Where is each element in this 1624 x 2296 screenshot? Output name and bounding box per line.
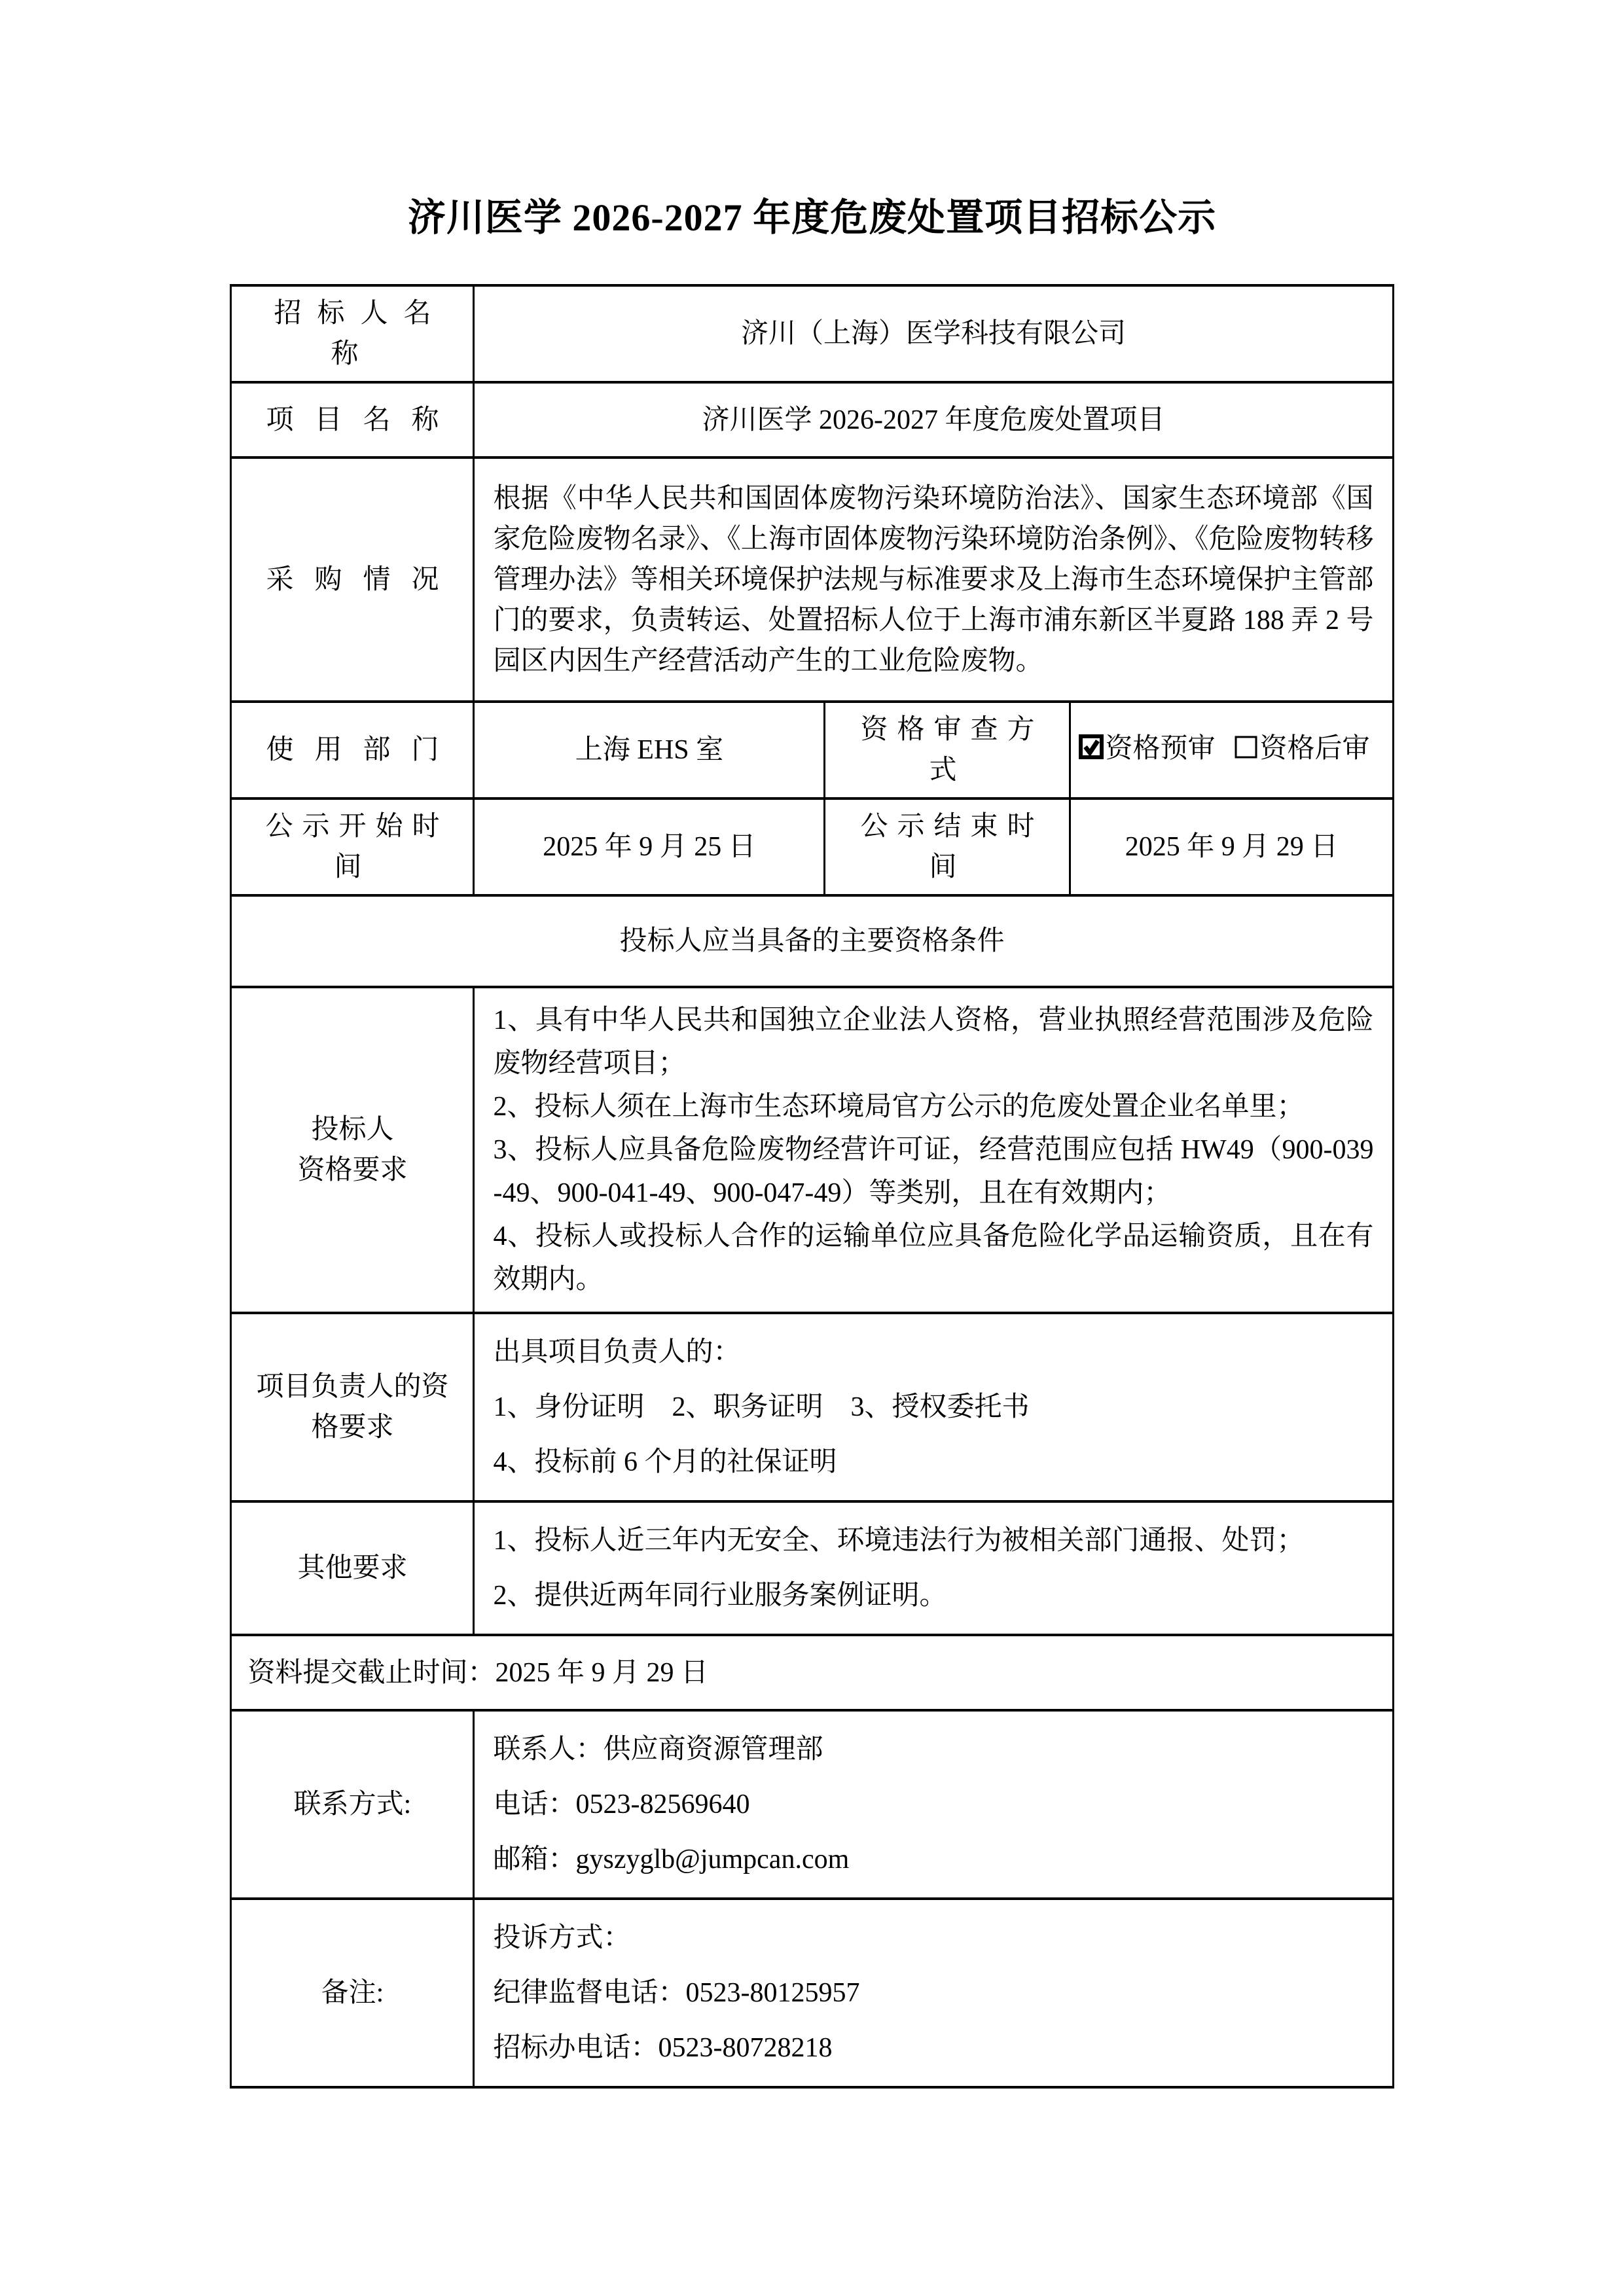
table-row-publicity-time: 公示开始时间 2025 年 9 月 25 日 公示结束时间 2025 年 9 月… [231,798,1393,895]
contact-email-line: 邮箱：gyszyglb@jumpcan.com [493,1832,1373,1887]
publicity-start-value: 2025 年 9 月 25 日 [474,798,825,895]
publicity-start-label: 公示开始时间 [231,798,474,895]
table-row-qualification-header: 投标人应当具备的主要资格条件 [231,895,1393,987]
using-department-value: 上海 EHS 室 [474,702,825,798]
contact-person-line: 联系人：供应商资源管理部 [493,1722,1373,1777]
table-row-project-name: 项目名称 济川医学 2026-2027 年度危废处置项目 [231,382,1393,457]
pm-qualification-item: 1、身份证明 2、职务证明 3、授权委托书 [493,1380,1373,1435]
using-department-label: 使用部门 [231,702,474,798]
remarks-label: 备注: [231,1899,474,2087]
bidder-qualification-item: 4、投标人或投标人合作的运输单位应具备危险化学品运输资质，且在有效期内。 [493,1215,1373,1301]
remarks-items: 投诉方式： 纪律监督电话：0523-80125957 招标办电话：0523-80… [474,1899,1393,2087]
table-row-remarks: 备注: 投诉方式： 纪律监督电话：0523-80125957 招标办电话：052… [231,1899,1393,2087]
publicity-end-value: 2025 年 9 月 29 日 [1070,798,1393,895]
bidding-office-phone-line: 招标办电话：0523-80728218 [493,2020,1373,2075]
contact-items: 联系人：供应商资源管理部 电话：0523-82569640 邮箱：gyszygl… [474,1710,1393,1899]
pm-qualification-label: 项目负责人的资格要求 [231,1313,474,1501]
checked-checkbox-icon [1077,732,1105,772]
procurement-value: 根据《中华人民共和国固体废物污染环境防治法》、国家生态环境部《国家危险废物名录》… [474,457,1393,702]
bidder-qualification-item: 3、投标人应具备危险废物经营许可证，经营范围应包括 HW49（900-039-4… [493,1128,1373,1215]
project-name-label: 项目名称 [231,382,474,457]
unchecked-checkbox-icon [1233,732,1260,772]
bidder-qualification-item: 2、投标人须在上海市生态环境局官方公示的危废处置企业名单里； [493,1085,1373,1128]
other-requirements-item: 1、投标人近三年内无安全、环境违法行为被相关部门通报、处罚； [493,1513,1373,1568]
qualification-review-label: 资格审查方式 [825,702,1070,798]
other-requirements-label: 其他要求 [231,1501,474,1635]
other-requirements-item: 2、提供近两年同行业服务案例证明。 [493,1568,1373,1623]
bidder-name-label: 招标人名称 [231,285,474,382]
bidder-qualification-items: 1、具有中华人民共和国独立企业法人资格，营业执照经营范围涉及危险废物经营项目； … [474,987,1393,1313]
table-row-pm-qualification: 项目负责人的资格要求 出具项目负责人的： 1、身份证明 2、职务证明 3、授权委… [231,1313,1393,1501]
table-row-procurement: 采购情况 根据《中华人民共和国固体废物污染环境防治法》、国家生态环境部《国家危险… [231,457,1393,702]
contact-phone-line: 电话：0523-82569640 [493,1777,1373,1832]
table-row-department-review: 使用部门 上海 EHS 室 资格审查方式 资格预审 资格后审 [231,702,1393,798]
document-page: 济川医学 2026-2027 年度危废处置项目招标公示 招标人名称 济川（上海）… [0,0,1624,2296]
qualification-review-options: 资格预审 资格后审 [1070,702,1393,798]
other-requirements-items: 1、投标人近三年内无安全、环境违法行为被相关部门通报、处罚； 2、提供近两年同行… [474,1501,1393,1635]
table-row-bidder-qualification: 投标人 资格要求 1、具有中华人民共和国独立企业法人资格，营业执照经营范围涉及危… [231,987,1393,1313]
submission-deadline: 资料提交截止时间：2025 年 9 月 29 日 [231,1635,1393,1710]
post-review-label: 资格后审 [1260,734,1370,764]
project-name-value: 济川医学 2026-2027 年度危废处置项目 [474,382,1393,457]
table-row-bidder-name: 招标人名称 济川（上海）医学科技有限公司 [231,285,1393,382]
pm-qualification-item: 4、投标前 6 个月的社保证明 [493,1435,1373,1490]
complaint-method-line: 投诉方式： [493,1910,1373,1965]
pm-qualification-item: 出具项目负责人的： [493,1325,1373,1380]
bidder-qualification-item: 1、具有中华人民共和国独立企业法人资格，营业执照经营范围涉及危险废物经营项目； [493,999,1373,1085]
bidder-qualification-label: 投标人 资格要求 [231,987,474,1313]
qualification-section-header: 投标人应当具备的主要资格条件 [231,895,1393,987]
table-row-other-requirements: 其他要求 1、投标人近三年内无安全、环境违法行为被相关部门通报、处罚； 2、提供… [231,1501,1393,1635]
bidder-name-value: 济川（上海）医学科技有限公司 [474,285,1393,382]
contact-label: 联系方式: [231,1710,474,1899]
table-row-contact: 联系方式: 联系人：供应商资源管理部 电话：0523-82569640 邮箱：g… [231,1710,1393,1899]
pre-review-option: 资格预审 [1077,728,1215,772]
pre-review-label: 资格预审 [1105,734,1215,764]
pm-qualification-items: 出具项目负责人的： 1、身份证明 2、职务证明 3、授权委托书 4、投标前 6 … [474,1313,1393,1501]
announcement-table: 招标人名称 济川（上海）医学科技有限公司 项目名称 济川医学 2026-2027… [230,284,1394,2089]
publicity-end-label: 公示结束时间 [825,798,1070,895]
discipline-phone-line: 纪律监督电话：0523-80125957 [493,1965,1373,2020]
page-title: 济川医学 2026-2027 年度危废处置项目招标公示 [0,0,1624,240]
table-row-submission-deadline: 资料提交截止时间：2025 年 9 月 29 日 [231,1635,1393,1710]
post-review-option: 资格后审 [1233,728,1370,772]
procurement-label: 采购情况 [231,457,474,702]
